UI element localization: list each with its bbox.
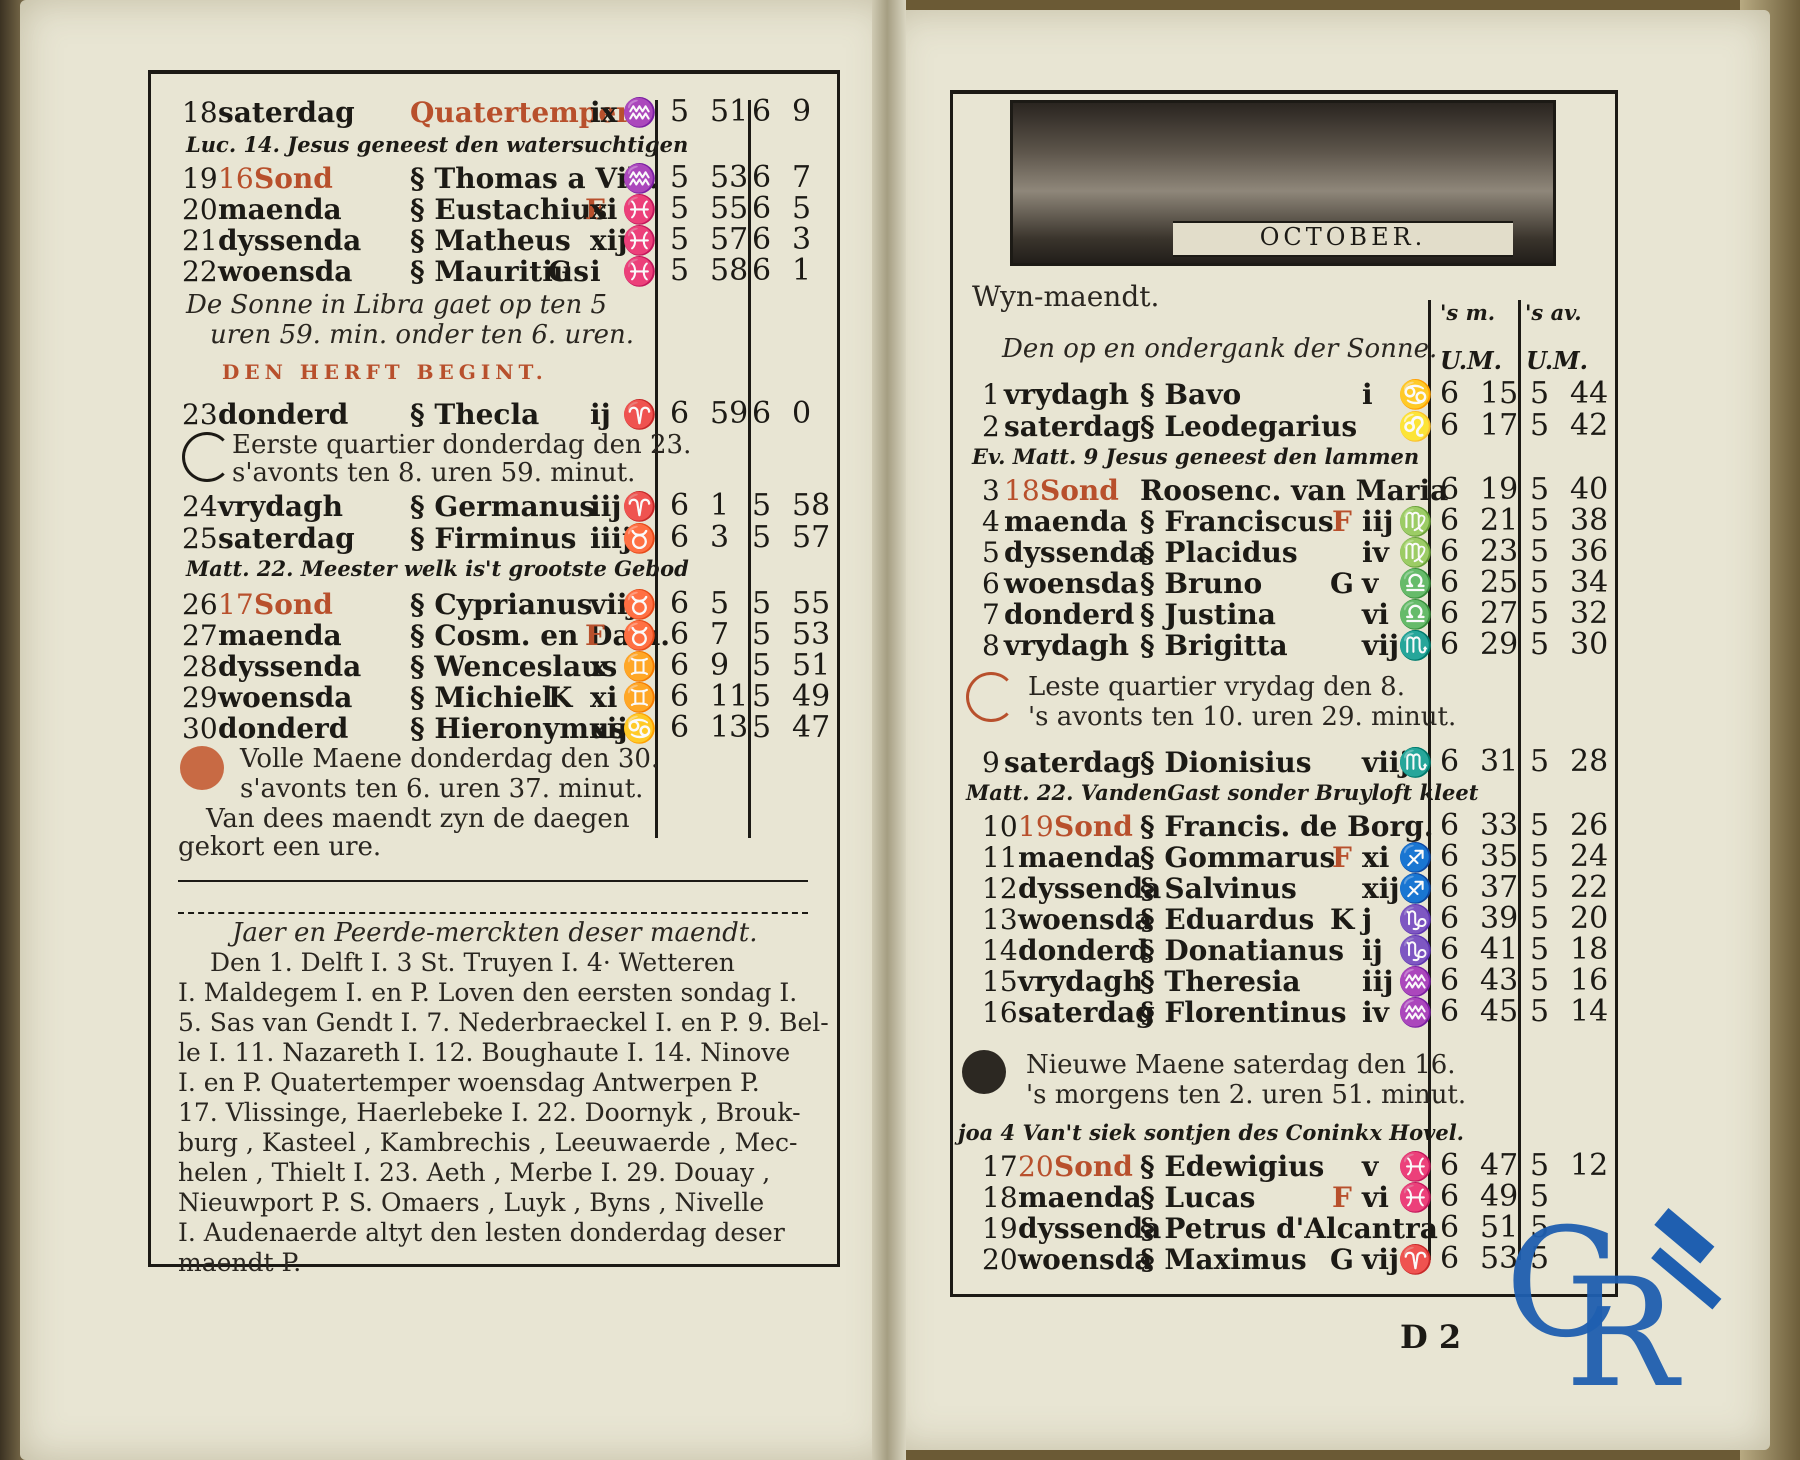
day-number: 14 [982, 934, 1018, 967]
zodiac-sign: ♈ [622, 398, 657, 431]
saint-name: § Thecla [410, 398, 539, 431]
day-number: 22 [182, 255, 218, 288]
saint-name: Roosenc. van Maria [1140, 474, 1448, 507]
sunrise-hour: 5 [670, 94, 689, 129]
sunrise-minute: 55 [710, 191, 748, 226]
sunset-minute: 55 [792, 586, 830, 621]
saint-name: § Edewigius [1140, 1150, 1324, 1183]
weekday: dyssenda [1004, 536, 1147, 569]
gr-logo-watermark-icon: C R [1505, 1185, 1725, 1395]
zodiac-sign: ♓ [1398, 1150, 1433, 1183]
sunset-minute: 47 [792, 710, 830, 745]
day-number: 18 [182, 96, 218, 129]
weekday: maenda [1004, 505, 1128, 538]
sunrise-minute: 37 [1480, 870, 1518, 905]
sunset-minute: 32 [1570, 596, 1608, 631]
sunrise-hour: 6 [1440, 1148, 1459, 1183]
sunrise-hour: 6 [1440, 870, 1459, 905]
column-header-morning: 's m. [1440, 300, 1495, 325]
zodiac-sign: ♒ [622, 96, 657, 129]
zodiac-sign: ♍ [1398, 505, 1433, 538]
sunset-hour: 5 [1530, 472, 1549, 507]
zodiac-sign: ♒ [1398, 965, 1433, 998]
zodiac-sign: ♈ [622, 490, 657, 523]
sunset-minute: 36 [1570, 534, 1608, 569]
dominical-letter: G [1330, 1243, 1354, 1276]
golden-letter: iv [1362, 996, 1389, 1029]
day-number: 1 [982, 378, 1000, 411]
saint-name: § Dionisius [1140, 746, 1312, 779]
sunset-minute: 51 [792, 648, 830, 683]
saint-name: § Leodegarius [1140, 410, 1357, 443]
gospel-reading: Matt. 22. VandenGast sonder Bruyloft kle… [966, 780, 1478, 805]
saint-name: § Placidus [1140, 536, 1298, 569]
weekday: saterdag [1004, 410, 1141, 443]
golden-letter: vi [1362, 598, 1389, 631]
sunrise-hour: 6 [1440, 994, 1459, 1029]
zodiac-sign: ♒ [1398, 996, 1433, 1029]
sunrise-hour: 6 [1440, 932, 1459, 967]
weekday: Sond [254, 588, 333, 621]
weekday: maenda [218, 619, 342, 652]
golden-letter: j [1362, 903, 1372, 936]
day-number: 19 [182, 162, 218, 195]
sunset-minute: 12 [1570, 1148, 1608, 1183]
day-number: 27 [182, 619, 218, 652]
sunrise-minute: 1 [710, 488, 729, 523]
day-number: 4 [982, 505, 1000, 538]
zodiac-sign: ♏ [1398, 746, 1433, 779]
weekday: Sond [1054, 1150, 1133, 1183]
zodiac-sign: ♒ [622, 162, 657, 195]
sunset-hour: 5 [1530, 1148, 1549, 1183]
saint-name: § Florentinus [1140, 996, 1347, 1029]
sunset-hour: 5 [1530, 839, 1549, 874]
sunset-hour: 5 [1530, 408, 1549, 443]
month-name: Wyn-maendt. [972, 280, 1159, 313]
sunrise-minute: 47 [1480, 1148, 1518, 1183]
market-line: I. Audenaerde altyt den lesten donderdag… [178, 1218, 785, 1247]
market-line: I. en P. Quatertemper woensdag Antwerpen… [178, 1068, 760, 1097]
autumn-heading: DEN HERFT BEGINT. [222, 360, 548, 384]
golden-letter: vij [1362, 629, 1399, 662]
golden-letter: xij [1362, 872, 1399, 905]
sunrise-hour: 6 [670, 710, 689, 745]
saint-name: § Brigitta [1140, 629, 1288, 662]
weekday: dyssenda [218, 650, 361, 683]
golden-letter: iv [1362, 536, 1389, 569]
weekday: woensda [1018, 1243, 1152, 1276]
sunday-number: 16 [218, 162, 254, 195]
sunset-hour: 6 [752, 94, 771, 129]
days-shortened-note: gekort een ure. [178, 832, 381, 862]
zodiac-sign: ♊ [622, 650, 657, 683]
sunset-minute: 26 [1570, 808, 1608, 843]
market-line: 17. Vlissinge, Haerlebeke I. 22. Doornyk… [178, 1098, 801, 1127]
column-unit-morning: U.M. [1440, 346, 1502, 375]
weekday: Sond [1054, 810, 1133, 843]
sunset-minute: 24 [1570, 839, 1608, 874]
sunset-minute: 3 [792, 222, 811, 257]
sunset-hour: 5 [1530, 994, 1549, 1029]
libra-note: De Sonne in Libra gaet op ten 5 [186, 290, 607, 320]
weekday: maenda [1018, 1181, 1142, 1214]
day-number: 20 [182, 193, 218, 226]
sunset-hour: 5 [752, 520, 771, 555]
saint-name: § Donatianus [1140, 934, 1344, 967]
market-line: helen , Thielt I. 23. Aeth , Merbe I. 29… [178, 1158, 770, 1187]
sunset-minute: 44 [1570, 376, 1608, 411]
golden-letter: v [1362, 567, 1378, 600]
zodiac-sign: ♌ [1398, 410, 1433, 443]
sunset-minute: 34 [1570, 565, 1608, 600]
day-number: 25 [182, 522, 218, 555]
sunrise-hour: 6 [1440, 1241, 1459, 1276]
full-moon-note: Volle Maene donderdag den 30. [240, 744, 659, 774]
ornamental-divider [178, 880, 808, 914]
sunrise-hour: 6 [1440, 503, 1459, 538]
sunset-minute: 40 [1570, 472, 1608, 507]
saint-name: § Theresia [1140, 965, 1301, 998]
zodiac-sign: ♎ [1398, 567, 1433, 600]
sunrise-hour: 6 [670, 396, 689, 431]
day-number: 13 [982, 903, 1018, 936]
sunset-minute: 53 [792, 617, 830, 652]
sunrise-minute: 25 [1480, 565, 1518, 600]
weekday: donderd [1018, 934, 1148, 967]
sunrise-minute: 27 [1480, 596, 1518, 631]
day-number: 28 [182, 650, 218, 683]
sunset-hour: 5 [1530, 932, 1549, 967]
saint-name: § Michiel [410, 681, 553, 714]
full-moon-icon [180, 746, 224, 790]
zodiac-sign: ♑ [1398, 934, 1433, 967]
sunset-hour: 5 [752, 710, 771, 745]
market-line: burg , Kasteel , Kambrechis , Leeuwaerde… [178, 1128, 797, 1157]
sunrise-hour: 6 [1440, 534, 1459, 569]
book-gutter [872, 0, 906, 1460]
sunset-minute: 58 [792, 488, 830, 523]
weekday: maenda [1018, 841, 1142, 874]
sunset-minute: 16 [1570, 963, 1608, 998]
fast-day-marker: F [1332, 505, 1352, 538]
fast-day-marker: F [1332, 841, 1352, 874]
sunrise-minute: 59 [710, 396, 748, 431]
weekday: Sond [1040, 474, 1119, 507]
sunrise-minute: 41 [1480, 932, 1518, 967]
right-column-divider-2 [1518, 300, 1521, 1260]
sunrise-hour: 6 [1440, 376, 1459, 411]
markets-title: Jaer en Peerde-merckten deser maendt. [232, 918, 757, 948]
market-line: maendt P. [178, 1248, 301, 1277]
sunrise-hour: 6 [1440, 1179, 1459, 1214]
day-number: 11 [982, 841, 1018, 874]
full-moon-note: s'avonts ten 6. uren 37. minut. [240, 774, 643, 804]
day-number: 5 [982, 536, 1000, 569]
day-number: 16 [982, 996, 1018, 1029]
sunday-number: 20 [1018, 1150, 1054, 1183]
sunset-hour: 5 [752, 488, 771, 523]
saint-name: § Justina [1140, 598, 1276, 631]
dominical-letter: K [548, 681, 572, 714]
sunrise-hour: 6 [1440, 839, 1459, 874]
saint-name: § Lucas [1140, 1181, 1255, 1214]
sunset-minute: 5 [792, 191, 811, 226]
weekday: saterdag [1018, 996, 1155, 1029]
weekday: donderd [218, 398, 348, 431]
dominical-letter: G [1330, 567, 1354, 600]
fast-day-marker: F [1332, 1181, 1352, 1214]
sunset-minute: 14 [1570, 994, 1608, 1029]
weekday: dyssenda [218, 224, 361, 257]
day-number: 12 [982, 872, 1018, 905]
sunset-hour: 6 [752, 191, 771, 226]
sunrise-minute: 21 [1480, 503, 1518, 538]
golden-letter: xi [1362, 841, 1389, 874]
weekday: Sond [254, 162, 333, 195]
sunset-minute: 42 [1570, 408, 1608, 443]
day-number: 21 [182, 224, 218, 257]
sunrise-minute: 57 [710, 222, 748, 257]
sunset-hour: 5 [752, 617, 771, 652]
golden-letter: x [590, 650, 607, 683]
day-number: 9 [982, 746, 1000, 779]
golden-letter: i [590, 255, 601, 288]
sunrise-minute: 29 [1480, 627, 1518, 662]
sunset-minute: 22 [1570, 870, 1608, 905]
sunset-hour: 5 [752, 679, 771, 714]
weekday: woensda [218, 255, 352, 288]
sunset-minute: 18 [1570, 932, 1608, 967]
golden-letter: iij [1362, 505, 1393, 538]
new-moon-note: 's morgens ten 2. uren 51. minut. [1026, 1080, 1466, 1110]
golden-letter: vij [1362, 1243, 1399, 1276]
weekday: vrydagh [1018, 965, 1143, 998]
sunset-minute: 38 [1570, 503, 1608, 538]
sunset-hour: 5 [1530, 870, 1549, 905]
weekday: saterdag [1004, 746, 1141, 779]
gospel-reading: joa 4 Van't siek sontjen des Coninkx Hov… [958, 1120, 1464, 1145]
market-line: le I. 11. Nazareth I. 12. Boughaute I. 1… [178, 1038, 790, 1067]
page-signature: D 2 [1400, 1318, 1461, 1356]
sunrise-hour: 6 [1440, 963, 1459, 998]
sunrise-minute: 19 [1480, 472, 1518, 507]
sunrise-minute: 53 [710, 160, 748, 195]
libra-note: uren 59. min. onder ten 6. uren. [210, 320, 634, 350]
weekday: woensda [1004, 567, 1138, 600]
first-quarter-note: s'avonts ten 8. uren 59. minut. [232, 458, 635, 488]
weekday: maenda [218, 193, 342, 226]
saint-name: § Maximus [1140, 1243, 1307, 1276]
sunrise-hour: 6 [1440, 808, 1459, 843]
sunrise-minute: 9 [710, 648, 729, 683]
sunrise-hour: 6 [670, 586, 689, 621]
zodiac-sign: ♐ [1398, 872, 1433, 905]
saint-name: § Bavo [1140, 378, 1241, 411]
golden-letter: ij [590, 398, 611, 431]
market-line: Nieuwport P. S. Omaers , Luyk , Byns , N… [178, 1188, 764, 1217]
golden-letter: xi [590, 681, 617, 714]
gospel-reading: Ev. Matt. 9 Jesus geneest den lammen [972, 444, 1419, 469]
sunrise-hour: 6 [1440, 744, 1459, 779]
weekday: donderd [1004, 598, 1134, 631]
sun-rise-set-subtitle: Den op en ondergank der Sonne. [1002, 334, 1437, 364]
zodiac-sign: ♐ [1398, 841, 1433, 874]
sunrise-minute: 15 [1480, 376, 1518, 411]
saint-name: § Germanus [410, 490, 595, 523]
last-quarter-moon-icon [966, 672, 1016, 722]
saint-name: § Bruno [1140, 567, 1262, 600]
sunset-hour: 5 [1530, 901, 1549, 936]
sunrise-minute: 23 [1480, 534, 1518, 569]
sunday-number: 19 [1018, 810, 1054, 843]
saint-name: § Cyprianus [410, 588, 593, 621]
sunrise-minute: 3 [710, 520, 729, 555]
day-number: 6 [982, 567, 1000, 600]
fast-day-marker: F [585, 619, 605, 652]
zodiac-sign: ♓ [622, 255, 657, 288]
zodiac-sign: ♈ [1398, 1243, 1433, 1276]
sunrise-minute: 31 [1480, 744, 1518, 779]
golden-letter: ix [590, 96, 617, 129]
weekday: saterdag [218, 96, 355, 129]
day-number: 30 [182, 712, 218, 745]
day-number: 10 [982, 810, 1018, 843]
sunset-hour: 6 [752, 253, 771, 288]
sunrise-minute: 58 [710, 253, 748, 288]
sunset-hour: 6 [752, 396, 771, 431]
sunrise-hour: 6 [670, 488, 689, 523]
sunset-hour: 6 [752, 160, 771, 195]
zodiac-sign: ♉ [622, 619, 657, 652]
saint-name: § Gommarus [1140, 841, 1335, 874]
left-column-divider-2 [748, 100, 751, 838]
sunrise-hour: 6 [1440, 901, 1459, 936]
first-quarter-note: Eerste quartier donderdag den 23. [232, 430, 691, 460]
sunset-hour: 5 [1530, 534, 1549, 569]
dominical-letter: G [548, 255, 572, 288]
sunset-hour: 6 [752, 222, 771, 257]
new-moon-icon [962, 1050, 1006, 1094]
golden-letter: i [1362, 378, 1373, 411]
day-number: 17 [982, 1150, 1018, 1183]
zodiac-sign: ♑ [1398, 903, 1433, 936]
weekday: vrydagh [1004, 629, 1129, 662]
market-line: Den 1. Delft I. 3 St. Truyen I. 4· Wette… [210, 948, 735, 977]
sunrise-minute: 45 [1480, 994, 1518, 1029]
day-number: 15 [982, 965, 1018, 998]
sunrise-hour: 5 [670, 160, 689, 195]
sunset-minute: 1 [792, 253, 811, 288]
sunset-hour: 5 [1530, 963, 1549, 998]
first-quarter-moon-icon [182, 432, 232, 482]
gospel-reading: Matt. 22. Meester welk is't grootste Geb… [186, 556, 689, 581]
sunrise-hour: 6 [1440, 596, 1459, 631]
weekday: vrydagh [1004, 378, 1129, 411]
day-number: 24 [182, 490, 218, 523]
sunrise-hour: 6 [1440, 1210, 1459, 1245]
sunset-minute: 20 [1570, 901, 1608, 936]
sunrise-minute: 43 [1480, 963, 1518, 998]
zodiac-sign: ♓ [622, 224, 657, 257]
saint-name: § Francis. de Borg. [1140, 810, 1434, 843]
day-number: 7 [982, 598, 1000, 631]
weekday: saterdag [218, 522, 355, 555]
day-number: 2 [982, 410, 1000, 443]
sunrise-hour: 6 [1440, 627, 1459, 662]
sunrise-minute: 51 [710, 94, 748, 129]
zodiac-sign: ♎ [1398, 598, 1433, 631]
day-number: 20 [982, 1243, 1018, 1276]
day-number: 19 [982, 1212, 1018, 1245]
sunset-minute: 0 [792, 396, 811, 431]
days-shortened-note: Van dees maendt zyn de daegen [206, 804, 630, 834]
zodiac-sign: ♓ [622, 193, 657, 226]
golden-letter: xi [590, 193, 617, 226]
sunrise-hour: 6 [670, 617, 689, 652]
saint-name: § Petrus d'Alcantra [1140, 1212, 1438, 1245]
last-quarter-note: Leste quartier vrydag den 8. [1028, 672, 1405, 702]
sunset-hour: 5 [752, 586, 771, 621]
dominical-letter: K [1330, 903, 1354, 936]
woodcut-banner: OCTOBER. [1173, 221, 1513, 257]
zodiac-sign: ♓ [1398, 1181, 1433, 1214]
sunrise-minute: 33 [1480, 808, 1518, 843]
sunrise-minute: 39 [1480, 901, 1518, 936]
golden-letter: iij [590, 490, 621, 523]
market-line: I. Maldegem I. en P. Loven den eersten s… [178, 978, 797, 1007]
saint-name: § Firminus [410, 522, 576, 555]
sunset-hour: 5 [1530, 503, 1549, 538]
sunday-number: 17 [218, 588, 254, 621]
golden-letter: iij [1362, 965, 1393, 998]
sunrise-hour: 5 [670, 191, 689, 226]
sunrise-minute: 17 [1480, 408, 1518, 443]
sunrise-minute: 11 [710, 679, 748, 714]
sunset-hour: 5 [1530, 565, 1549, 600]
zodiac-sign: ♍ [1398, 536, 1433, 569]
zodiac-sign: ♏ [1398, 629, 1433, 662]
sunrise-hour: 6 [670, 679, 689, 714]
day-number: 18 [982, 1181, 1018, 1214]
zodiac-sign: ♋ [622, 712, 657, 745]
golden-letter: v [1362, 1150, 1378, 1183]
sunday-number: 18 [1004, 474, 1040, 507]
saint-name: § Eduardus [1140, 903, 1314, 936]
weekday: woensda [218, 681, 352, 714]
sunrise-hour: 5 [670, 222, 689, 257]
sunrise-hour: 6 [1440, 472, 1459, 507]
sunset-minute: 57 [792, 520, 830, 555]
zodiac-sign: ♊ [622, 681, 657, 714]
sunset-hour: 5 [1530, 596, 1549, 631]
sunset-hour: 5 [1530, 376, 1549, 411]
day-number: 8 [982, 629, 1000, 662]
sunset-minute: 9 [792, 94, 811, 129]
sunrise-hour: 6 [1440, 408, 1459, 443]
sunset-minute: 30 [1570, 627, 1608, 662]
sunrise-hour: 6 [670, 520, 689, 555]
sunrise-minute: 5 [710, 586, 729, 621]
sunset-hour: 5 [1530, 808, 1549, 843]
sunset-minute: 49 [792, 679, 830, 714]
day-number: 3 [982, 474, 1000, 507]
weekday: woensda [1018, 903, 1152, 936]
sunrise-minute: 13 [710, 710, 748, 745]
sunset-hour: 5 [1530, 627, 1549, 662]
sunset-hour: 5 [1530, 744, 1549, 779]
october-woodcut-illustration: OCTOBER. [1010, 100, 1556, 266]
